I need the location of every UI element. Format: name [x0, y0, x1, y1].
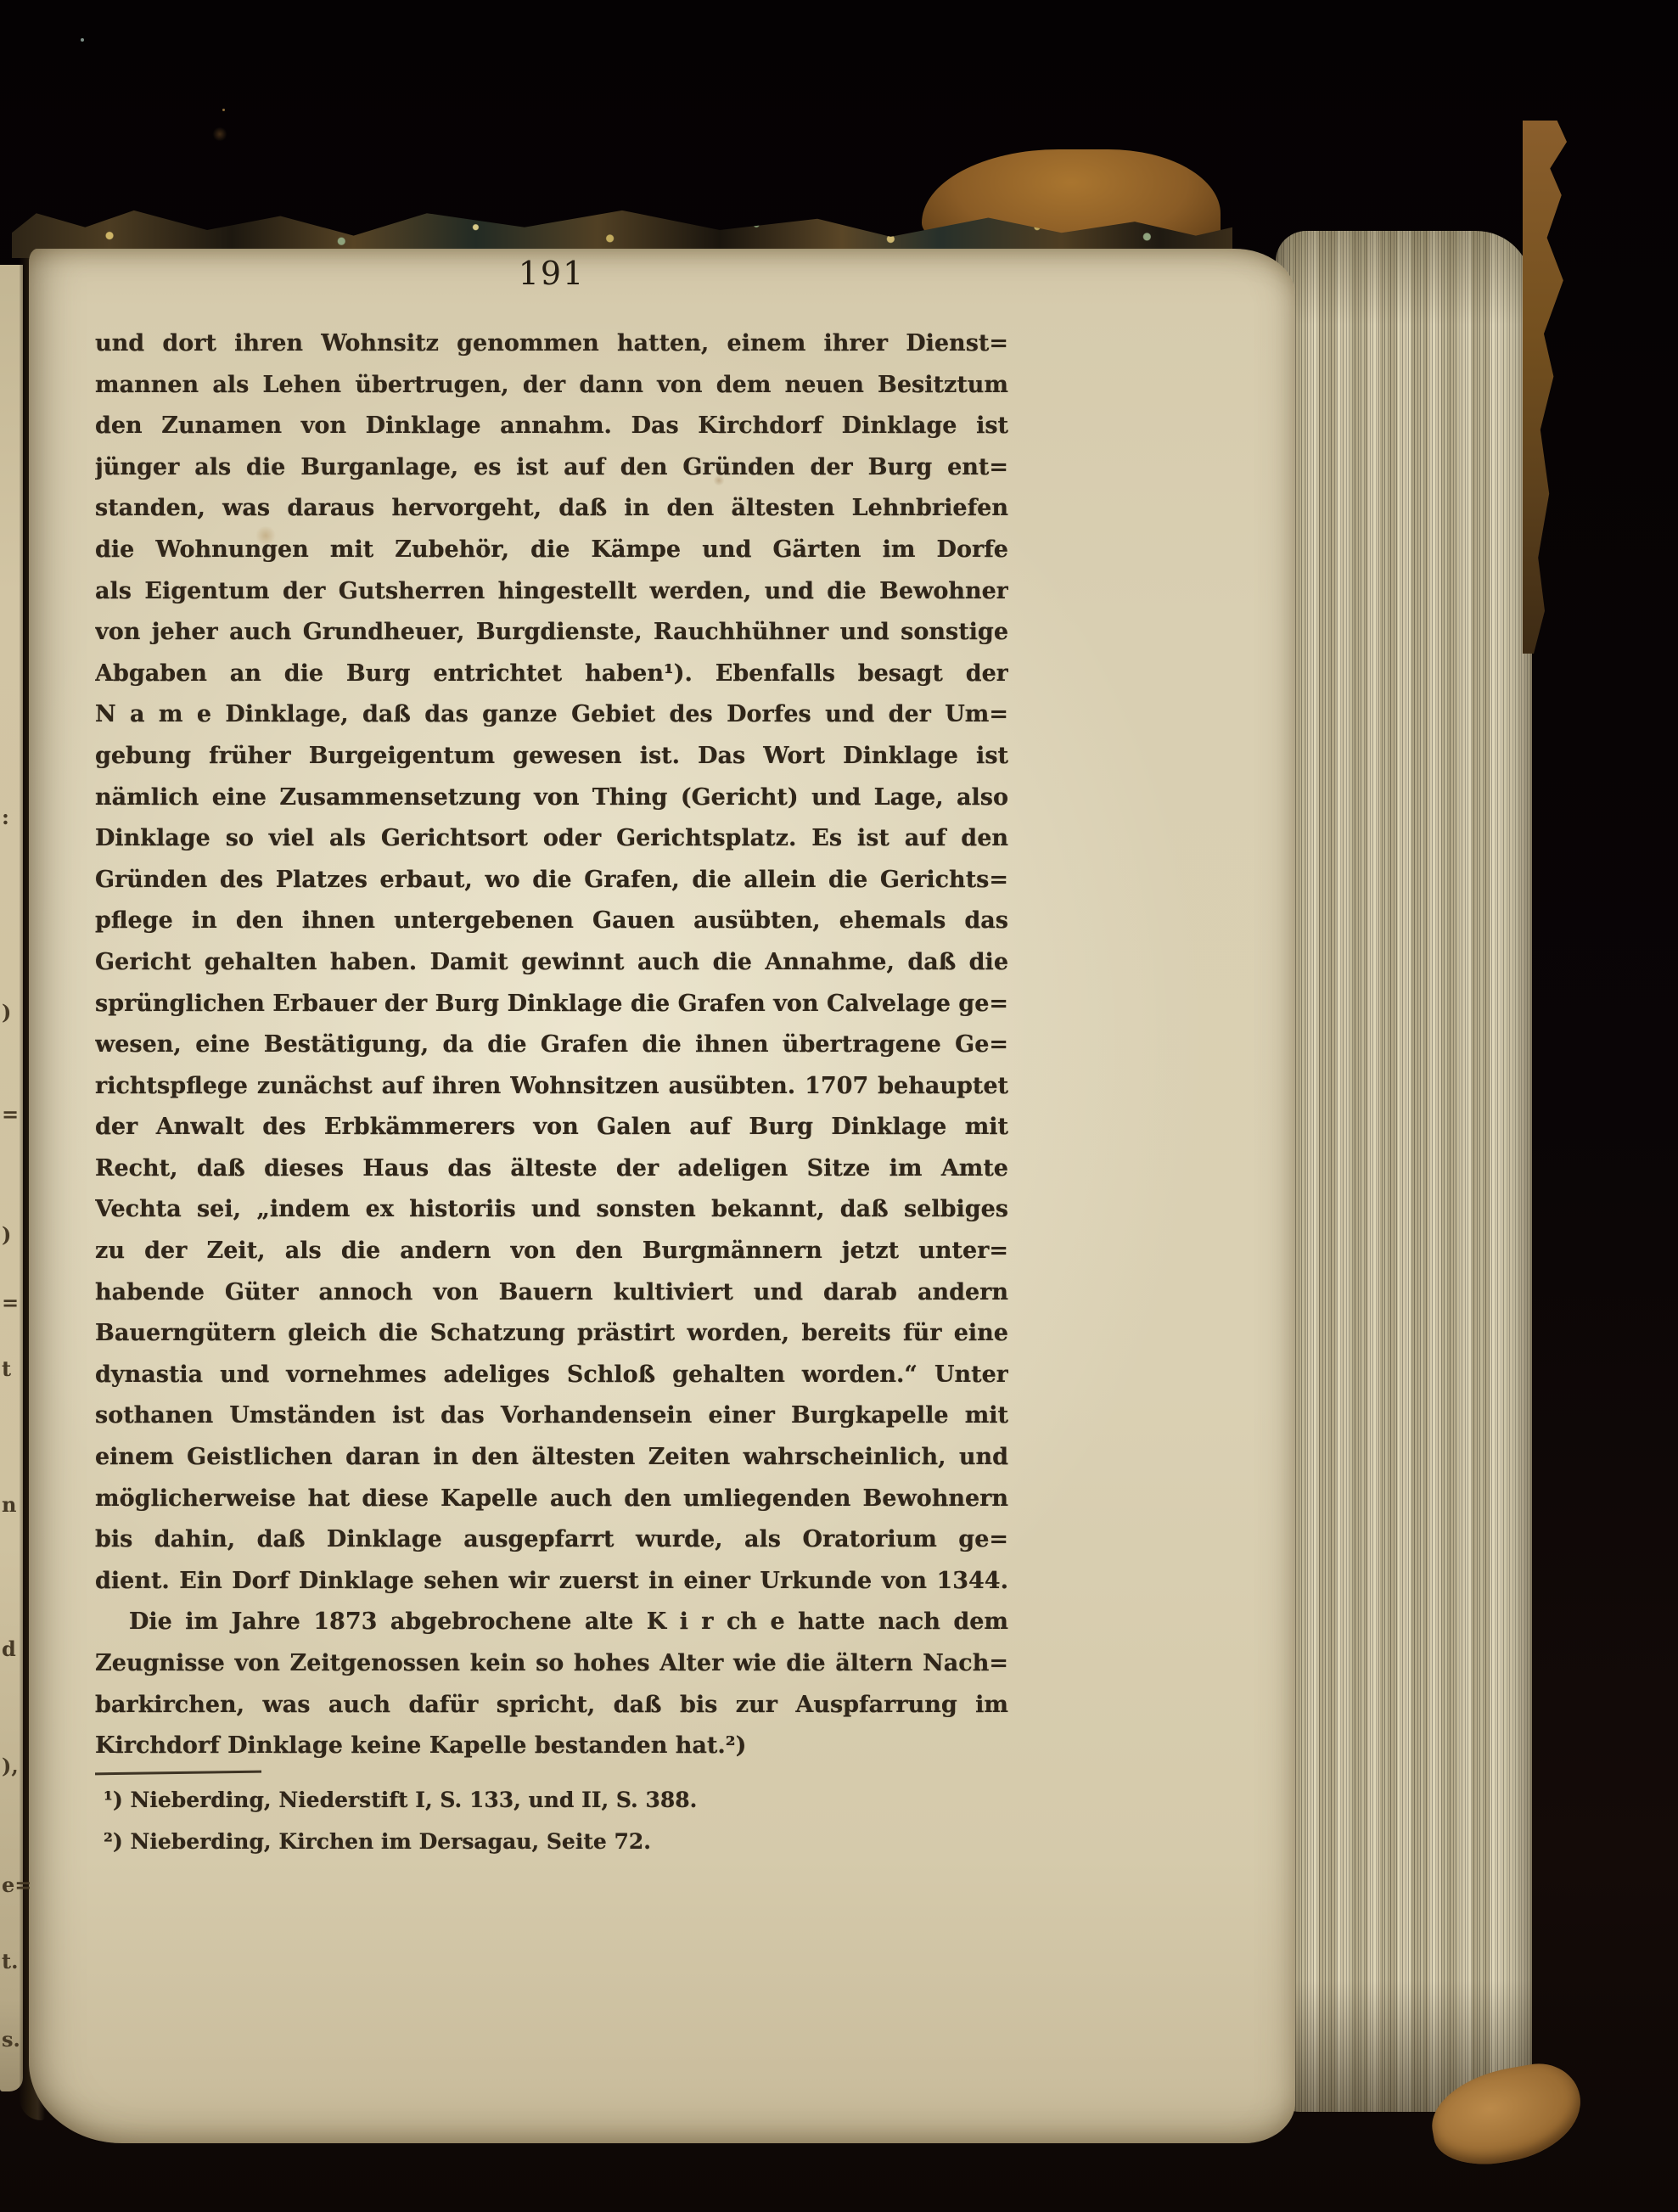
text-line: pflege in den ihnen untergebenen Gauen a… [95, 901, 1008, 942]
dust-speck [81, 38, 84, 42]
text-line: Gericht gehalten haben. Damit gewinnt au… [95, 942, 1008, 984]
foxing-stain [212, 127, 227, 141]
text-line: Bauerngütern gleich die Schatzung prästi… [95, 1313, 1008, 1355]
text-line: Dinklage so viel als Gerichtsort oder Ge… [95, 818, 1008, 860]
footnotes: ¹) Nieberding, Niederstift I, S. 133, un… [104, 1779, 952, 1862]
text-line: Gründen des Platzes erbaut, wo die Grafe… [95, 860, 1008, 901]
edge-fragment: = [2, 1102, 19, 1126]
text-line: Recht, daß dieses Haus das älteste der a… [95, 1148, 1008, 1190]
text-line: den Zunamen von Dinklage annahm. Das Kir… [95, 406, 1008, 447]
edge-fragment: n [2, 1492, 16, 1517]
page-number: 191 [488, 255, 615, 292]
paragraph-1: und dort ihren Wohnsitz genommen hatten,… [95, 323, 1008, 1602]
footnote: ²) Nieberding, Kirchen im Dersagau, Seit… [104, 1821, 952, 1862]
text-line: sothanen Umständen ist das Vorhandensein… [95, 1395, 1008, 1437]
text-line: richtspflege zunächst auf ihren Wohnsitz… [95, 1066, 1008, 1108]
edge-fragment: t. [2, 1949, 18, 1973]
text-line: mannen als Lehen übertrugen, der dann vo… [95, 365, 1008, 407]
edge-fragment: = [2, 1290, 19, 1315]
text-line: jünger als die Burganlage, es ist auf de… [95, 447, 1008, 489]
edge-fragment: ), [2, 1754, 19, 1778]
text-line: Die im Jahre 1873 abgebrochene alte K i … [95, 1602, 1008, 1643]
text-line: möglicherweise hat diese Kapelle auch de… [95, 1479, 1008, 1520]
text-line: barkirchen, was auch dafür spricht, daß … [95, 1685, 1008, 1726]
text-line: sprünglichen Erbauer der Burg Dinklage d… [95, 984, 1008, 1025]
torn-leather-edge [1523, 121, 1567, 654]
text-line: Zeugnisse von Zeitgenossen kein so hohes… [95, 1643, 1008, 1685]
body-text: und dort ihren Wohnsitz genommen hatten,… [95, 323, 1008, 1767]
text-line: dient. Ein Dorf Dinklage sehen wir zuers… [95, 1561, 1008, 1603]
edge-fragment: e= [2, 1872, 31, 1897]
text-line: wesen, eine Bestätigung, da die Grafen d… [95, 1025, 1008, 1066]
text-line: Abgaben an die Burg entrichtet haben¹). … [95, 654, 1008, 695]
paragraph-2: Die im Jahre 1873 abgebrochene alte K i … [95, 1602, 1008, 1726]
text-line: als Eigentum der Gutsherren hingestellt … [95, 571, 1008, 613]
dust-speck [222, 109, 225, 111]
text-line: dynastia und vornehmes adeliges Schloß g… [95, 1355, 1008, 1396]
text-line: zu der Zeit, als die andern von den Burg… [95, 1231, 1008, 1272]
edge-fragment: ) [2, 1222, 11, 1247]
text-line: der Anwalt des Erbkämmerers von Galen au… [95, 1107, 1008, 1148]
text-line: habende Güter annoch von Bauern kultivie… [95, 1272, 1008, 1314]
text-line: von jeher auch Grundheuer, Burgdienste, … [95, 612, 1008, 654]
text-line: N a m e Dinklage, daß das ganze Gebiet d… [95, 694, 1008, 736]
footnote: ¹) Nieberding, Niederstift I, S. 133, un… [104, 1779, 952, 1821]
edge-fragment: t [2, 1356, 11, 1381]
text-line: standen, was daraus hervorgeht, daß in d… [95, 488, 1008, 530]
text-line: bis dahin, daß Dinklage ausgepfarrt wurd… [95, 1519, 1008, 1561]
edge-fragment: s. [2, 2027, 20, 2052]
edge-fragment: : [2, 805, 9, 829]
text-line: gebung früher Burgeigentum gewesen ist. … [95, 736, 1008, 778]
edge-fragment: ) [2, 1000, 11, 1025]
text-line: Kirchdorf Dinklage keine Kapelle bestand… [95, 1726, 1008, 1767]
text-line: nämlich eine Zusammensetzung von Thing (… [95, 778, 1008, 819]
text-line: und dort ihren Wohnsitz genommen hatten,… [95, 323, 1008, 365]
fore-edge-page-stack [1276, 231, 1532, 2112]
edge-fragment: d [2, 1637, 16, 1661]
text-line: einem Geistlichen daran in den ältesten … [95, 1437, 1008, 1479]
text-line: Vechta sei, „indem ex historiis und sons… [95, 1189, 1008, 1231]
text-line: die Wohnungen mit Zubehör, die Kämpe und… [95, 530, 1008, 571]
